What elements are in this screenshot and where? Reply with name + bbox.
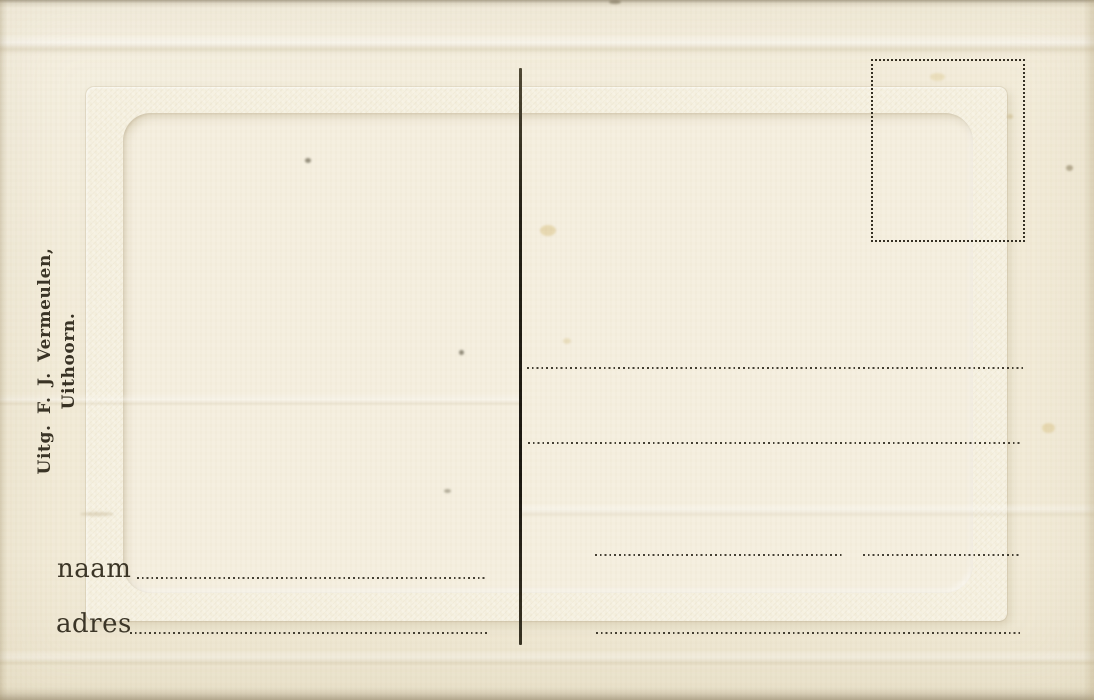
card-edge-shadow-left [0,0,7,700]
card-edge-shadow-top [0,0,1094,8]
publisher-imprint: Uitg. F. J. Vermeulen, Uithoorn. [33,201,57,521]
recipient-line-1 [527,367,1023,369]
name-label: naam [57,556,131,582]
recipient-line-3-left [595,554,843,556]
foxing-stain [1042,423,1055,433]
foxing-stain [1066,165,1073,171]
stamp-box [871,59,1025,242]
recipient-line-3-right [863,554,1021,556]
recipient-line-4 [596,632,1020,634]
address-label: adres [56,611,132,637]
name-write-line [137,577,487,579]
center-divider-line [519,68,522,645]
address-write-line [130,632,488,634]
recipient-line-2 [528,442,1020,444]
paper-crease-top [0,34,1094,54]
postcard-back: naam adres Uitg. F. J. Vermeulen, Uithoo… [0,0,1094,700]
paper-crease-bottom [0,650,1094,666]
card-edge-shadow-right [1083,0,1094,700]
embossed-inner-panel [123,113,973,593]
embossed-frame [86,87,1007,621]
card-edge-shadow-bottom [0,686,1094,700]
